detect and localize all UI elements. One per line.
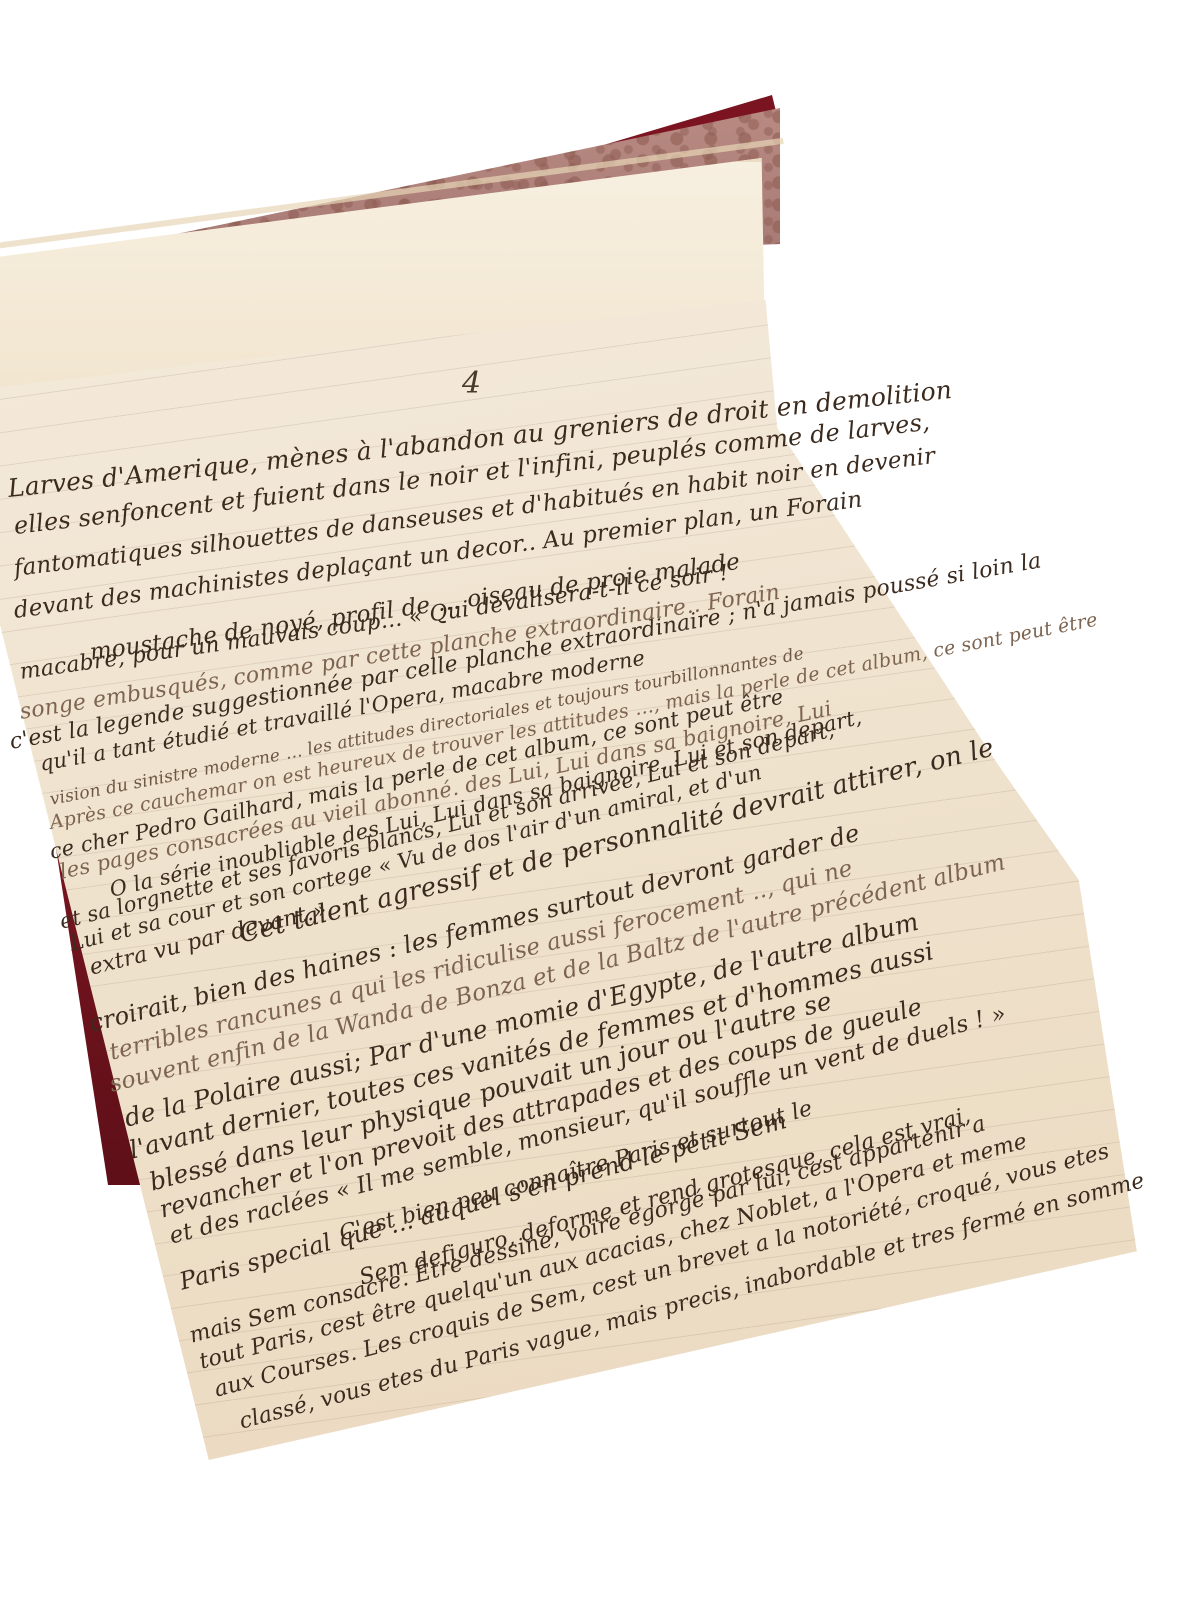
- handwritten-text: Larves d'Amerique, mènes à l'abandon au …: [0, 0, 1200, 1600]
- page-number: 4: [462, 366, 481, 401]
